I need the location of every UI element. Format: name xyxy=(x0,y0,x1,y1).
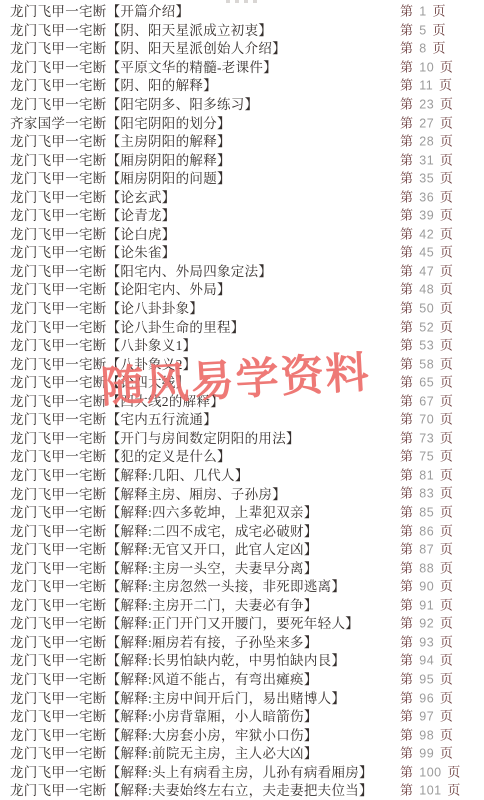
toc-row: 龙门飞甲一宅断【论朱雀】 第 45 页 xyxy=(0,242,484,261)
page-word-first: 第 xyxy=(400,97,417,112)
page-word-last: 页 xyxy=(436,59,453,74)
toc-entry-page: 第 75 页 xyxy=(400,446,453,465)
page-number: 75 xyxy=(417,450,436,464)
toc-entry-page: 第 27 页 xyxy=(400,112,453,131)
toc-entry-title: 龙门飞甲一宅断【八卦象义1】 xyxy=(10,334,196,354)
page-number: 67 xyxy=(417,394,436,408)
toc-entry-page: 第 99 页 xyxy=(400,743,453,762)
page-number: 101 xyxy=(417,784,443,798)
toc-entry-title: 龙门飞甲一宅断【解释:长男怕缺内乾，中男怕缺内艮】 xyxy=(10,649,345,669)
page-word-first: 第 xyxy=(400,4,417,19)
page-word-last: 页 xyxy=(436,560,453,575)
page-word-first: 第 xyxy=(400,542,417,557)
toc-row: 龙门飞甲一宅断【解释:主房中间开后门，易出赌博人】 第 96 页 xyxy=(0,687,484,706)
page-word-first: 第 xyxy=(400,783,417,798)
page-number: 91 xyxy=(417,598,436,612)
toc-entry-title: 龙门飞甲一宅断【阳宅阴多、阳多练习】 xyxy=(10,93,258,113)
page-number: 88 xyxy=(417,561,436,575)
page-word-first: 第 xyxy=(400,560,417,575)
toc-entry-title: 龙门飞甲一宅断【解释:无官又开口，此官人定凶】 xyxy=(10,538,318,558)
page-word-first: 第 xyxy=(400,671,417,686)
page-word-first: 第 xyxy=(400,171,417,186)
page-word-first: 第 xyxy=(400,78,417,93)
toc-row: 龙门飞甲一宅断【论青龙】 第 39 页 xyxy=(0,205,484,224)
toc-entry-page: 第 11 页 xyxy=(400,75,453,94)
toc-entry-title: 龙门飞甲一宅断【解释:主房开二门，夫妻必有争】 xyxy=(10,594,318,614)
toc-entry-title: 龙门飞甲一宅断【解释:主房忽然一头接，非死即逃离】 xyxy=(10,575,345,595)
toc-row: 龙门飞甲一宅断【解释:主房开二门，夫妻必有争】 第 91 页 xyxy=(0,595,484,614)
toc-entry-title: 龙门飞甲一宅断【解释:几阳、几代人】 xyxy=(10,464,249,484)
page-word-first: 第 xyxy=(400,597,417,612)
page-word-last: 页 xyxy=(436,746,453,761)
toc-entry-title: 龙门飞甲一宅断【阴、阳天星派成立初衷】 xyxy=(10,19,272,39)
page-number: 36 xyxy=(417,190,436,204)
page-word-first: 第 xyxy=(400,301,417,316)
toc-entry-title: 龙门飞甲一宅断【解释:风道不能占，有弯出瘫痪】 xyxy=(10,668,318,688)
toc-row: 龙门飞甲一宅断【解释:正门开门又开腰门，要死年轻人】 第 92 页 xyxy=(0,613,484,632)
toc-entry-title: 龙门飞甲一宅断【开门与房间数定阴阳的用法】 xyxy=(10,427,300,447)
page-word-first: 第 xyxy=(400,189,417,204)
page-word-last: 页 xyxy=(444,764,461,779)
page-word-last: 页 xyxy=(444,783,461,798)
page-word-first: 第 xyxy=(400,634,417,649)
toc-entry-page: 第 83 页 xyxy=(400,483,453,502)
page-number: 100 xyxy=(417,765,443,779)
toc-row: 龙门飞甲一宅断【解释:大房套小房，牢狱小口伤】 第 98 页 xyxy=(0,724,484,743)
page-number: 81 xyxy=(417,468,436,482)
page-word-first: 第 xyxy=(400,245,417,260)
toc-entry-title: 龙门飞甲一宅断【论白虎】 xyxy=(10,223,176,243)
page-word-last: 页 xyxy=(436,375,453,390)
toc-entry-page: 第 35 页 xyxy=(400,168,453,187)
page-number: 86 xyxy=(417,524,436,538)
page-word-last: 页 xyxy=(436,542,453,557)
page-word-last: 页 xyxy=(436,412,453,427)
toc-entry-title: 龙门飞甲一宅断【论青龙】 xyxy=(10,204,176,224)
page-word-first: 第 xyxy=(400,393,417,408)
page-number: 99 xyxy=(417,747,436,761)
toc-entry-title: 龙门飞甲一宅断【解释:小房背靠厢，小人暗箭伤】 xyxy=(10,705,318,725)
page-word-first: 第 xyxy=(400,115,417,130)
page-number: 94 xyxy=(417,654,436,668)
toc-entry-page: 第 91 页 xyxy=(400,594,453,613)
page-number: 90 xyxy=(417,580,436,594)
toc-entry-title: 龙门飞甲一宅断【解释:主房中间开后门，易出赌博人】 xyxy=(10,687,345,707)
toc-row: 龙门飞甲一宅断【解释:四六多乾坤，上辈犯双亲】 第 85 页 xyxy=(0,502,484,521)
page-number: 35 xyxy=(417,172,436,186)
toc-entry-page: 第 97 页 xyxy=(400,706,453,725)
toc-entry-title: 龙门飞甲一宅断【解释:正门开门又开腰门，要死年轻人】 xyxy=(10,612,359,632)
toc-entry-title: 龙门飞甲一宅断【解释:二四不成宅，成宅必破财】 xyxy=(10,520,318,540)
page-number: 31 xyxy=(417,153,436,167)
toc-entry-title: 龙门飞甲一宅断【解释:四六多乾坤，上辈犯双亲】 xyxy=(10,501,318,521)
page-word-last: 页 xyxy=(436,393,453,408)
page-number: 5 xyxy=(417,23,428,37)
page-word-first: 第 xyxy=(400,467,417,482)
toc-entry-page: 第 70 页 xyxy=(400,409,453,428)
toc-row: 龙门飞甲一宅断【阳宅阴多、阳多练习】 第 23 页 xyxy=(0,94,484,113)
page-word-first: 第 xyxy=(400,616,417,631)
toc-entry-title: 龙门飞甲一宅断【阳宅内、外局四象定法】 xyxy=(10,260,272,280)
page-word-last: 页 xyxy=(436,115,453,130)
page-number: 96 xyxy=(417,691,436,705)
page-word-first: 第 xyxy=(400,746,417,761)
page-number: 93 xyxy=(417,635,436,649)
toc-row: 龙门飞甲一宅断【宅内五行流通】 第 70 页 xyxy=(0,409,484,428)
toc-row: 龙门飞甲一宅断【厢房阴阳的问题】 第 35 页 xyxy=(0,168,484,187)
page-word-last: 页 xyxy=(436,282,453,297)
page-word-last: 页 xyxy=(436,263,453,278)
page-word-last: 页 xyxy=(436,208,453,223)
toc-entry-page: 第 73 页 xyxy=(400,427,453,446)
toc-entry-page: 第 47 页 xyxy=(400,260,453,279)
page-number: 98 xyxy=(417,728,436,742)
toc-entry-page: 第 50 页 xyxy=(400,298,453,317)
page-number: 58 xyxy=(417,357,436,371)
page-number: 42 xyxy=(417,227,436,241)
cut-off-header-text xyxy=(226,0,262,3)
toc-entry-page: 第 81 页 xyxy=(400,464,453,483)
page-word-first: 第 xyxy=(400,338,417,353)
page-word-last: 页 xyxy=(436,616,453,631)
page-word-first: 第 xyxy=(400,208,417,223)
toc-row: 齐家国学一宅断【阳宅阴阳的划分】 第 27 页 xyxy=(0,112,484,131)
page-number: 65 xyxy=(417,376,436,390)
toc-entry-title: 龙门飞甲一宅断【论玄武】 xyxy=(10,186,176,206)
page-word-first: 第 xyxy=(400,41,417,56)
page-word-first: 第 xyxy=(400,449,417,464)
page-number: 73 xyxy=(417,431,436,445)
toc-entry-title: 龙门飞甲一宅断【解释:大房套小房，牢狱小口伤】 xyxy=(10,724,318,744)
page-number: 28 xyxy=(417,135,436,149)
page-word-first: 第 xyxy=(400,727,417,742)
toc-entry-title: 龙门飞甲一宅断【阴、阳天星派创始人介绍】 xyxy=(10,37,286,57)
toc-entry-page: 第 67 页 xyxy=(400,390,453,409)
page-number: 85 xyxy=(417,506,436,520)
toc-entry-page: 第 65 页 xyxy=(400,372,453,391)
page-word-last: 页 xyxy=(436,467,453,482)
page-word-first: 第 xyxy=(400,282,417,297)
toc-row: 龙门飞甲一宅断【解释:几阳、几代人】 第 81 页 xyxy=(0,465,484,484)
toc-entry-title: 龙门飞甲一宅断【解释:前院无主房，主人必大凶】 xyxy=(10,742,318,762)
page-word-first: 第 xyxy=(400,486,417,501)
toc-entry-page: 第 42 页 xyxy=(400,223,453,242)
toc-entry-title: 龙门飞甲一宅断【解释:厢房若有接，子孙坠来多】 xyxy=(10,631,318,651)
page-number: 45 xyxy=(417,246,436,260)
page-word-first: 第 xyxy=(400,134,417,149)
page-word-first: 第 xyxy=(400,356,417,371)
toc-entry-page: 第 31 页 xyxy=(400,149,453,168)
toc-row: 龙门飞甲一宅断【解释:二四不成宅，成宅必破财】 第 86 页 xyxy=(0,520,484,539)
toc-row: 龙门飞甲一宅断【论白虎】 第 42 页 xyxy=(0,224,484,243)
page-word-last: 页 xyxy=(436,319,453,334)
page-number: 70 xyxy=(417,413,436,427)
page-number: 87 xyxy=(417,543,436,557)
toc-entry-title: 龙门飞甲一宅断【解释:夫妻始终左右立，夫走妻把夫位当】 xyxy=(10,779,373,799)
toc-entry-title: 龙门飞甲一宅断【解释:主房一头空，夫妻早分离】 xyxy=(10,557,318,577)
toc-entry-title: 龙门飞甲一宅断【主房阴阳的解释】 xyxy=(10,130,231,150)
page-word-last: 页 xyxy=(436,97,453,112)
toc-row: 龙门飞甲一宅断【论八卦生命的里程】 第 52 页 xyxy=(0,316,484,335)
toc-entry-page: 第 85 页 xyxy=(400,502,453,521)
toc-row: 龙门飞甲一宅断【解释:前院无主房，主人必大凶】 第 99 页 xyxy=(0,743,484,762)
page-word-first: 第 xyxy=(400,430,417,445)
toc-entry-page: 第 88 页 xyxy=(400,557,453,576)
toc-entry-title: 龙门飞甲一宅断【解释:头上有病看主房，儿孙有病看厢房】 xyxy=(10,761,373,781)
toc-row: 龙门飞甲一宅断【解释:长男怕缺内乾，中男怕缺内艮】 第 94 页 xyxy=(0,650,484,669)
toc-row: 龙门飞甲一宅断【解释:无官又开口，此官人定凶】 第 87 页 xyxy=(0,539,484,558)
toc-entry-page: 第 90 页 xyxy=(400,576,453,595)
toc-row: 龙门飞甲一宅断【解释:夫妻始终左右立，夫走妻把夫位当】 第 101 页 xyxy=(0,780,484,799)
toc-entry-title: 龙门飞甲一宅断【论八卦生命的里程】 xyxy=(10,316,245,336)
page-number: 39 xyxy=(417,209,436,223)
toc-entry-page: 第 48 页 xyxy=(400,279,453,298)
toc-entry-page: 第 52 页 xyxy=(400,316,453,335)
toc-entry-title: 龙门飞甲一宅断【解释主房、厢房、子孙房】 xyxy=(10,483,286,503)
page-number: 23 xyxy=(417,98,436,112)
page-word-last: 页 xyxy=(436,653,453,668)
toc-row: 龙门飞甲一宅断【阳宅内、外局四象定法】 第 47 页 xyxy=(0,261,484,280)
toc-row: 龙门飞甲一宅断【平原文华的精髓-老课件】 第 10 页 xyxy=(0,57,484,76)
page-word-last: 页 xyxy=(436,245,453,260)
page-word-last: 页 xyxy=(429,22,446,37)
page-word-first: 第 xyxy=(400,653,417,668)
toc-row: 龙门飞甲一宅断【解释:主房忽然一头接，非死即逃离】 第 90 页 xyxy=(0,576,484,595)
toc-entry-page: 第 98 页 xyxy=(400,724,453,743)
page-word-last: 页 xyxy=(436,579,453,594)
toc-entry-page: 第 39 页 xyxy=(400,205,453,224)
toc-row: 龙门飞甲一宅断【阴、阳天星派创始人介绍】 第 8 页 xyxy=(0,38,484,57)
toc-entry-page: 第 1 页 xyxy=(400,1,446,20)
toc-row: 龙门飞甲一宅断【解释:头上有病看主房，儿孙有病看厢房】 第 100 页 xyxy=(0,761,484,780)
page-word-last: 页 xyxy=(436,709,453,724)
toc-entry-page: 第 96 页 xyxy=(400,687,453,706)
toc-entry-title: 龙门飞甲一宅断【论八卦卦象】 xyxy=(10,297,203,317)
toc-row: 龙门飞甲一宅断【八卦象义1】 第 53 页 xyxy=(0,335,484,354)
toc-row: 龙门飞甲一宅断【犯的定义是什么】 第 75 页 xyxy=(0,446,484,465)
toc-row: 龙门飞甲一宅断【解释:主房一头空，夫妻早分离】 第 88 页 xyxy=(0,557,484,576)
page-word-first: 第 xyxy=(400,226,417,241)
page-number: 8 xyxy=(417,42,428,56)
page-number: 1 xyxy=(417,5,428,19)
page-word-first: 第 xyxy=(400,319,417,334)
toc-entry-page: 第 8 页 xyxy=(400,38,446,57)
page-word-last: 页 xyxy=(436,171,453,186)
toc-row: 龙门飞甲一宅断【解释:厢房若有接，子孙坠来多】 第 93 页 xyxy=(0,632,484,651)
page-word-first: 第 xyxy=(400,523,417,538)
page-word-last: 页 xyxy=(436,597,453,612)
toc-entry-title: 龙门飞甲一宅断【论朱雀】 xyxy=(10,241,176,261)
page-word-last: 页 xyxy=(436,430,453,445)
toc-row: 龙门飞甲一宅断【解释:风道不能占，有弯出瘫痪】 第 95 页 xyxy=(0,669,484,688)
page-word-last: 页 xyxy=(436,727,453,742)
toc-entry-title: 龙门飞甲一宅断【论阳宅内、外局】 xyxy=(10,278,231,298)
page-word-first: 第 xyxy=(400,412,417,427)
toc-row: 龙门飞甲一宅断【开篇介绍】 第 1 页 xyxy=(0,1,484,20)
page-word-first: 第 xyxy=(400,375,417,390)
toc-entry-page: 第 100 页 xyxy=(400,761,461,780)
toc-entry-page: 第 94 页 xyxy=(400,650,453,669)
page-word-last: 页 xyxy=(436,226,453,241)
page-number: 48 xyxy=(417,283,436,297)
page-word-last: 页 xyxy=(436,486,453,501)
page-word-first: 第 xyxy=(400,152,417,167)
page-number: 83 xyxy=(417,487,436,501)
toc-row: 龙门飞甲一宅断【论阳宅内、外局】 第 48 页 xyxy=(0,279,484,298)
toc-row: 龙门飞甲一宅断【开门与房间数定阴阳的用法】 第 73 页 xyxy=(0,428,484,447)
page-word-first: 第 xyxy=(400,579,417,594)
toc-entry-title: 齐家国学一宅断【阳宅阴阳的划分】 xyxy=(10,112,231,132)
toc-entry-page: 第 28 页 xyxy=(400,131,453,150)
toc-row: 龙门飞甲一宅断【阴、阳天星派成立初衷】 第 5 页 xyxy=(0,20,484,39)
toc-row: 龙门飞甲一宅断【论八卦卦象】 第 50 页 xyxy=(0,298,484,317)
page-number: 50 xyxy=(417,302,436,316)
page-word-last: 页 xyxy=(429,4,446,19)
page-number: 47 xyxy=(417,264,436,278)
toc-entry-title: 龙门飞甲一宅断【开篇介绍】 xyxy=(10,0,189,20)
page-word-last: 页 xyxy=(435,78,452,93)
toc-entry-title: 龙门飞甲一宅断【犯的定义是什么】 xyxy=(10,445,231,465)
page-number: 92 xyxy=(417,617,436,631)
page-number: 27 xyxy=(417,116,436,130)
page-word-first: 第 xyxy=(400,690,417,705)
toc-row: 龙门飞甲一宅断【阴、阳的解释】 第 11 页 xyxy=(0,75,484,94)
toc-entry-page: 第 95 页 xyxy=(400,668,453,687)
page-word-last: 页 xyxy=(436,338,453,353)
toc-entry-page: 第 86 页 xyxy=(400,520,453,539)
page-word-last: 页 xyxy=(436,671,453,686)
page-word-last: 页 xyxy=(436,189,453,204)
toc-entry-title: 龙门飞甲一宅断【平原文华的精髓-老课件】 xyxy=(10,56,277,76)
toc-entry-page: 第 53 页 xyxy=(400,335,453,354)
page-word-last: 页 xyxy=(436,449,453,464)
toc-row: 龙门飞甲一宅断【解释主房、厢房、子孙房】 第 83 页 xyxy=(0,483,484,502)
toc-entry-page: 第 45 页 xyxy=(400,242,453,261)
page-number: 95 xyxy=(417,672,436,686)
page-number: 53 xyxy=(417,339,436,353)
page-word-last: 页 xyxy=(436,634,453,649)
page-word-last: 页 xyxy=(436,134,453,149)
toc-row: 龙门飞甲一宅断【论玄武】 第 36 页 xyxy=(0,186,484,205)
toc-row: 龙门飞甲一宅断【厢房阴阳的解释】 第 31 页 xyxy=(0,149,484,168)
page-word-first: 第 xyxy=(400,263,417,278)
toc-entry-page: 第 58 页 xyxy=(400,353,453,372)
toc-row: 龙门飞甲一宅断【解释:小房背靠厢，小人暗箭伤】 第 97 页 xyxy=(0,706,484,725)
toc-entry-page: 第 23 页 xyxy=(400,94,453,113)
page-word-first: 第 xyxy=(400,22,417,37)
page-word-last: 页 xyxy=(436,505,453,520)
page-number: 97 xyxy=(417,710,436,724)
page-word-last: 页 xyxy=(436,690,453,705)
toc-entry-page: 第 10 页 xyxy=(400,56,453,75)
page-word-first: 第 xyxy=(400,709,417,724)
toc-row: 龙门飞甲一宅断【主房阴阳的解释】 第 28 页 xyxy=(0,131,484,150)
toc-entry-page: 第 93 页 xyxy=(400,631,453,650)
page-word-last: 页 xyxy=(436,356,453,371)
page-word-last: 页 xyxy=(436,152,453,167)
toc-entry-title: 龙门飞甲一宅断【厢房阴阳的问题】 xyxy=(10,167,231,187)
page-number: 11 xyxy=(417,79,435,93)
toc-entry-page: 第 36 页 xyxy=(400,186,453,205)
page-word-first: 第 xyxy=(400,764,417,779)
toc-entry-page: 第 92 页 xyxy=(400,613,453,632)
page-word-first: 第 xyxy=(400,505,417,520)
page-number: 52 xyxy=(417,320,436,334)
page-word-last: 页 xyxy=(436,301,453,316)
page-word-first: 第 xyxy=(400,59,417,74)
page-word-last: 页 xyxy=(429,41,446,56)
toc-entry-page: 第 101 页 xyxy=(400,780,461,799)
toc-entry-title: 龙门飞甲一宅断【厢房阴阳的解释】 xyxy=(10,149,231,169)
toc-entry-page: 第 87 页 xyxy=(400,539,453,558)
toc-entry-page: 第 5 页 xyxy=(400,19,446,38)
page-word-last: 页 xyxy=(436,523,453,538)
page-number: 10 xyxy=(417,60,436,74)
toc-entry-title: 龙门飞甲一宅断【阴、阳的解释】 xyxy=(10,74,217,94)
